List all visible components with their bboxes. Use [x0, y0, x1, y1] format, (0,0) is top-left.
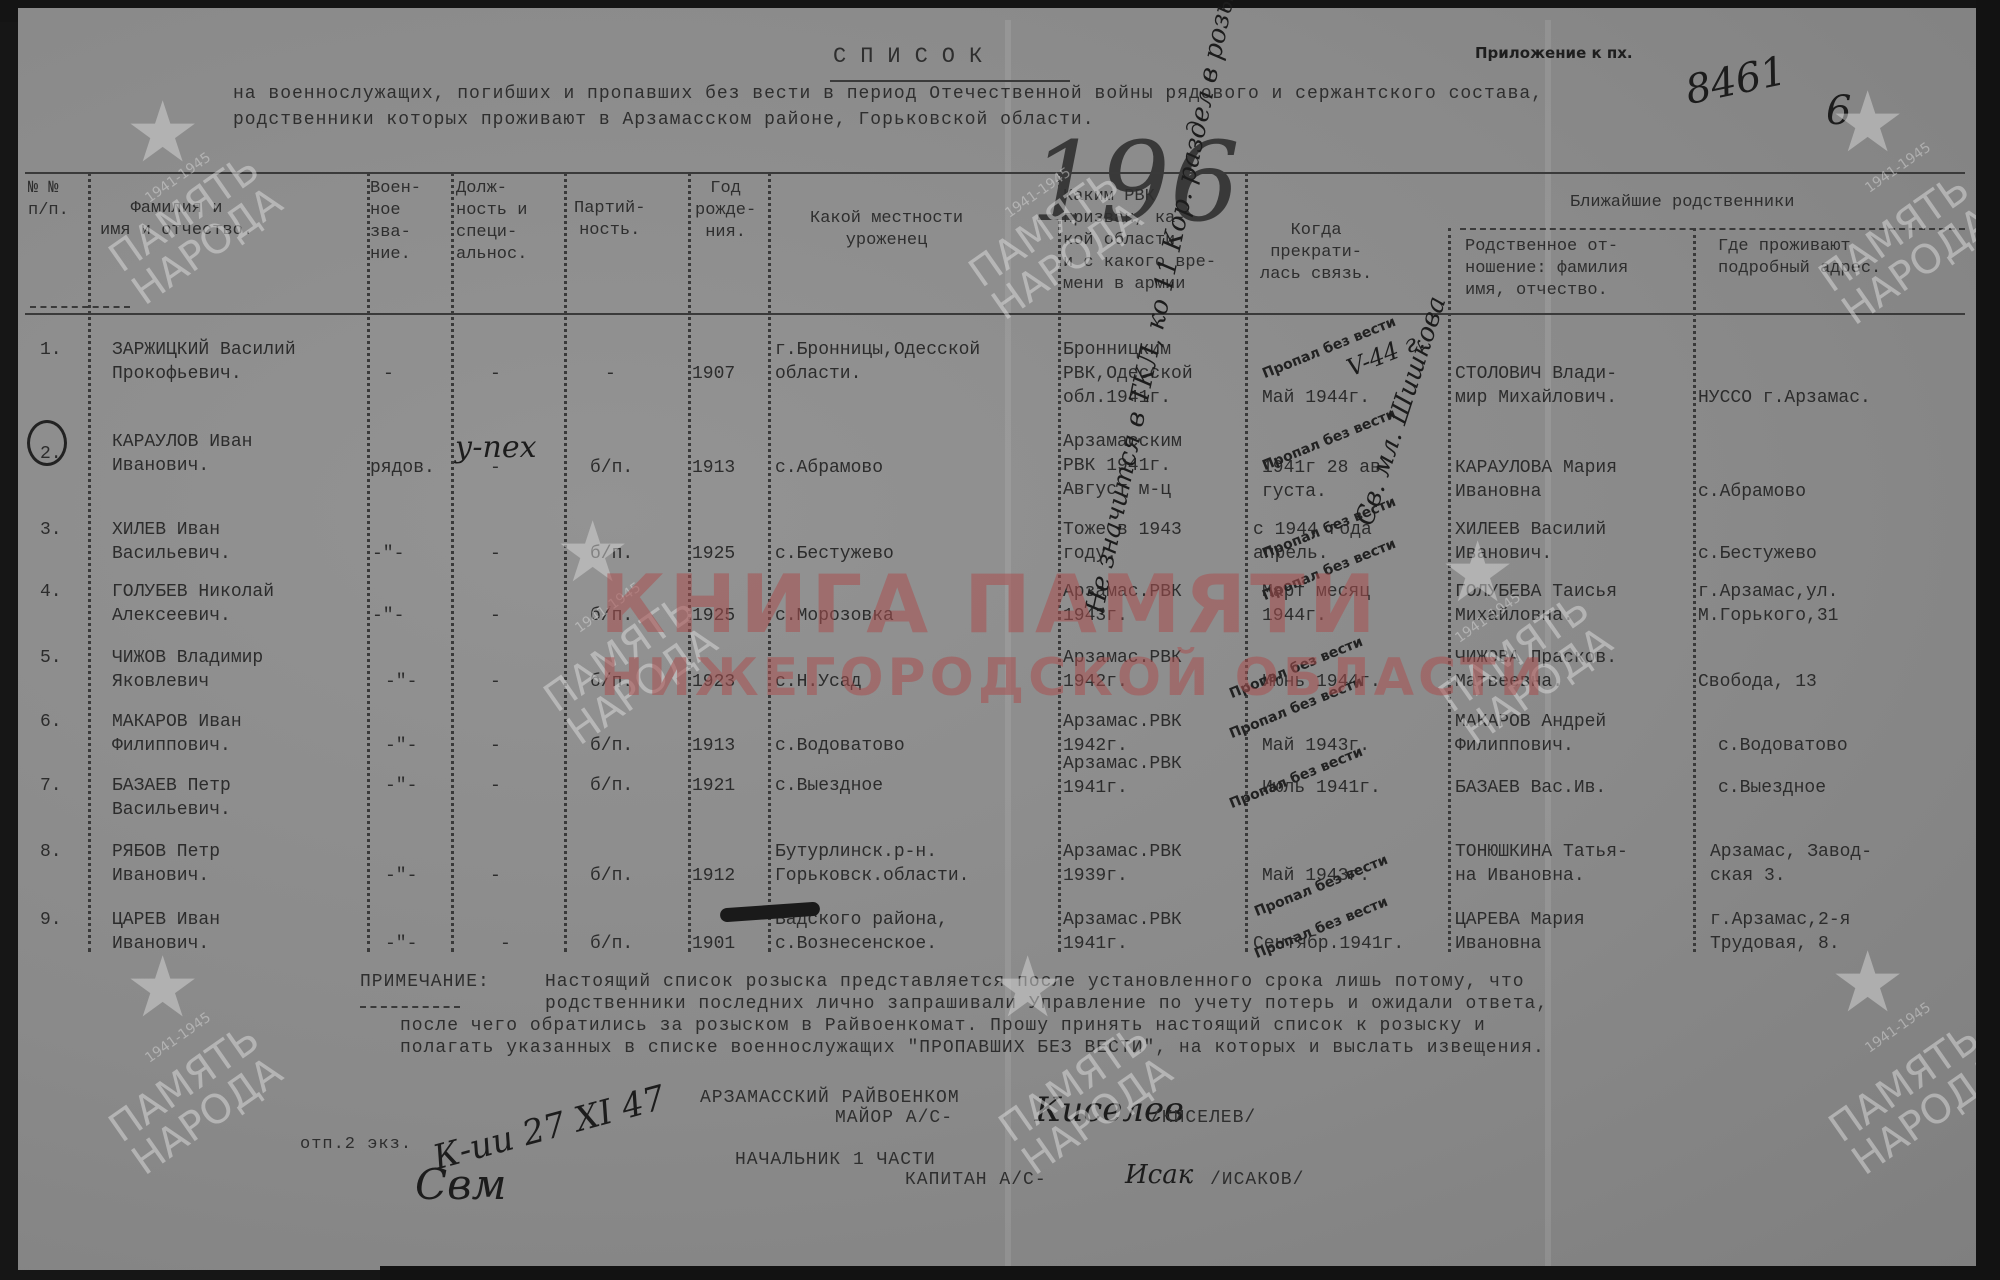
- row-native-place: с.Водоватово: [775, 734, 905, 758]
- row-party: б/п.: [590, 774, 633, 798]
- row-rank: -"-: [385, 774, 417, 798]
- row-relative-name: БАЗАЕВ Вас.Ив.: [1455, 776, 1606, 800]
- row-party: б/п.: [590, 456, 633, 480]
- row-position: -: [490, 670, 501, 694]
- watermark-star-icon: ★: [1830, 80, 1905, 164]
- watermark-star-icon: ★: [1830, 940, 1905, 1024]
- column-divider: [88, 172, 91, 952]
- row-number: 8.: [40, 840, 62, 864]
- row-number: 5.: [40, 646, 62, 670]
- row-number: 1.: [40, 338, 62, 362]
- row-number: 9.: [40, 908, 62, 932]
- header-party: Партий- ность.: [574, 198, 645, 242]
- signatory-org: АРЗАМАССКИЙ РАЙВОЕНКОМ: [700, 1088, 960, 1108]
- row-name: РЯБОВ Петр Иванович.: [112, 840, 220, 888]
- header-number: № № п/п.: [28, 178, 69, 222]
- scan-border-right: [1976, 0, 2000, 1280]
- scan-border-bottom: [380, 1266, 2000, 1280]
- signatory-chief: НАЧАЛЬНИК 1 ЧАСТИ: [735, 1150, 936, 1170]
- row-relative-address: с.Абрамово: [1698, 480, 1806, 504]
- watermark-star-icon: ★: [125, 945, 200, 1029]
- signatory-rank-2: КАПИТАН А/С-: [905, 1170, 1047, 1190]
- row-relative-name: ЦАРЕВА Мария Ивановна: [1455, 908, 1585, 956]
- header-position: Долж- ность и специ- альнос.: [456, 178, 527, 266]
- row-name: БАЗАЕВ Петр Васильевич.: [112, 774, 231, 822]
- signature-isakov: Исак: [1125, 1160, 1193, 1190]
- header-bottom-border: [25, 313, 1965, 315]
- header-relative-name: Родственное от- ношение: фамилия имя, от…: [1465, 236, 1628, 302]
- row-position: -: [490, 734, 501, 758]
- row-relative-address: Свобода, 13: [1698, 670, 1817, 694]
- row-relative-address: с.Водоватово: [1718, 734, 1848, 758]
- row-number: 7.: [40, 774, 62, 798]
- row-rvk: Арзамас.РВК 1939г.: [1063, 840, 1182, 888]
- row-name: ЧИЖОВ Владимир Яковлевич: [112, 646, 263, 694]
- row-relative-address: Арзамас, Завод- ская 3.: [1710, 840, 1872, 888]
- column-divider: [367, 172, 370, 952]
- row-birth-year: 1907: [692, 362, 735, 386]
- row-name: ГОЛУБЕВ Николай Алексеевич.: [112, 580, 274, 628]
- row-rank: -"-: [372, 604, 404, 628]
- row-birth-year: 1912: [692, 864, 735, 888]
- watermark-star-icon: ★: [990, 945, 1065, 1029]
- header-lost-contact: Когда прекрати- лась связь.: [1260, 220, 1372, 286]
- header-birth-year: Год рожде- ния.: [695, 178, 756, 244]
- row-rank: -"-: [385, 864, 417, 888]
- signatory-name-1: /КИСЕЛЕВ/: [1150, 1108, 1256, 1128]
- row-name: ЗАРЖИЦКИЙ Василий Прокофьевич.: [112, 338, 296, 386]
- row-birth-year: 1901: [692, 932, 735, 956]
- signatory-rank-1: МАЙОР А/С-: [835, 1108, 953, 1128]
- note-line-4: полагать указанных в списке военнослужащ…: [400, 1038, 1545, 1058]
- row-relative-name: ТОНЮШКИНА Татья- на Ивановна.: [1455, 840, 1628, 888]
- row-rank: -: [383, 362, 394, 386]
- row-rank: рядов.: [370, 456, 435, 480]
- handwritten-position-note: у-пех: [455, 430, 537, 465]
- row-rvk: Арзамас.РВК 1942г.: [1063, 710, 1182, 758]
- row-native-place: с.Выездное: [775, 774, 883, 798]
- row-position: -: [500, 932, 511, 956]
- watermark-region: НИЖЕГОРОДСКОЙ ОБЛАСТИ: [600, 650, 1547, 706]
- document-subtitle-line2: родственники которых проживают в Арзамас…: [233, 110, 1095, 130]
- row-native-place: Бутурлинск.р-н. Горьковск.области.: [775, 840, 969, 888]
- note-label-underline: [360, 1006, 460, 1008]
- row-name: МАКАРОВ Иван Филиппович.: [112, 710, 242, 758]
- row-native-place: с.Абрамово: [775, 456, 883, 480]
- header-relatives: Ближайшие родственники: [1570, 192, 1794, 214]
- signatory-name-2: /ИСАКОВ/: [1210, 1170, 1304, 1190]
- row-name: ХИЛЕВ Иван Васильевич.: [112, 518, 231, 566]
- watermark-kniga-pamyati: КНИГА ПАМЯТИ: [600, 565, 1380, 645]
- table-top-border: [25, 172, 1965, 174]
- attachment-stamp: Приложение к пх.: [1475, 44, 1633, 62]
- handwritten-initials: Свм: [415, 1160, 506, 1209]
- title-underline: [830, 80, 1070, 82]
- row-relative-address: НУССО г.Арзамас.: [1698, 386, 1871, 410]
- row-number: 4.: [40, 580, 62, 604]
- row-party: -: [605, 362, 616, 386]
- row-party: б/п.: [590, 932, 633, 956]
- copies-note: отп.2 экз.: [300, 1135, 412, 1154]
- row-rank: -"-: [385, 734, 417, 758]
- row-position: -: [490, 864, 501, 888]
- note-label: ПРИМЕЧАНИЕ:: [360, 972, 490, 992]
- row-number: 3.: [40, 518, 62, 542]
- row-rank: -"-: [385, 932, 417, 956]
- circled-row-marker: [27, 420, 67, 466]
- document-subtitle-line1: на военнослужащих, погибших и пропавших …: [233, 84, 1543, 104]
- row-birth-year: 1921: [692, 774, 735, 798]
- row-name: КАРАУЛОВ Иван Иванович.: [112, 430, 252, 478]
- row-rvk: Арзамас.РВК 1941г.: [1063, 908, 1182, 956]
- row-relative-address: г.Арзамас,ул. М.Горького,31: [1698, 580, 1838, 628]
- document-title: СПИСОК: [833, 44, 996, 69]
- row-position: -: [490, 774, 501, 798]
- row-rank: -"-: [372, 542, 404, 566]
- row-position: -: [490, 604, 501, 628]
- row-number: 6.: [40, 710, 62, 734]
- column-divider: [1693, 228, 1696, 952]
- row-rank: -"-: [385, 670, 417, 694]
- header-dash: [30, 306, 130, 308]
- row-position: -: [490, 362, 501, 386]
- header-native-place: Какой местности уроженец: [810, 208, 963, 252]
- row-party: б/п.: [590, 864, 633, 888]
- row-relative-name: КАРАУЛОВА Мария Ивановна: [1455, 456, 1617, 504]
- row-birth-year: 1913: [692, 456, 735, 480]
- row-rvk: Арзамас.РВК 1941г.: [1063, 752, 1182, 800]
- row-relative-address: с.Выездное: [1718, 776, 1826, 800]
- column-divider: [451, 172, 454, 952]
- note-line-3: после чего обратились за розыском в Райв…: [400, 1016, 1486, 1036]
- row-native-place: г.Бронницы,Одесской области.: [775, 338, 980, 386]
- row-relative-name: СТОЛОВИЧ Влади- мир Михайлович.: [1455, 362, 1617, 410]
- row-birth-year: 1913: [692, 734, 735, 758]
- row-lost-contact: Май 1944г.: [1262, 386, 1370, 410]
- row-relative-address: с.Бестужево: [1698, 542, 1817, 566]
- row-position: -: [490, 542, 501, 566]
- header-rank: Воен- ное зва- ние.: [370, 178, 421, 266]
